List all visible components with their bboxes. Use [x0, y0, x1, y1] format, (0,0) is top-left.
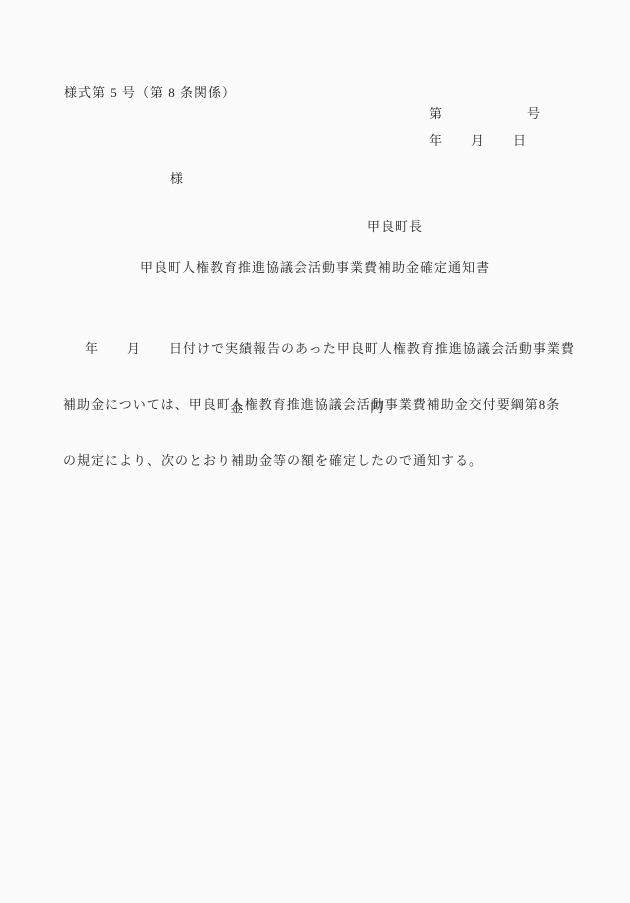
form-number: 様式第 5 号（第 8 条関係）	[64, 85, 236, 101]
date-line: 年 月 日	[429, 133, 527, 149]
document-title: 甲良町人権教育推進協議会活動事業費補助金確定通知書	[0, 260, 630, 276]
body-line: の規定により、次のとおり補助金等の額を確定したので通知する。	[63, 449, 593, 473]
amount-line: 金 円	[230, 400, 384, 416]
sender-name: 甲良町長	[367, 219, 423, 235]
addressee-honorific: 様	[170, 171, 184, 187]
document-number-line: 第 号	[429, 106, 541, 122]
document-page: 様式第 5 号（第 8 条関係） 第 号 年 月 日 様 甲良町長 甲良町人権教…	[0, 0, 630, 903]
body-line: 年 月 日付けで実績報告のあった甲良町人権教育推進協議会活動事業費	[63, 337, 593, 361]
